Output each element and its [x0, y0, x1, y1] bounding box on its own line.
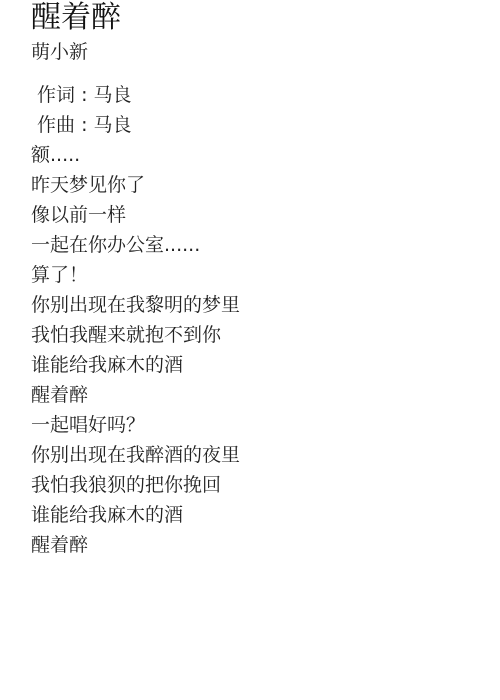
lyric-line: 额..... — [31, 140, 491, 170]
song-artist: 萌小新 — [31, 40, 491, 64]
credit-lyricist: 作词 : 马良 — [31, 80, 491, 110]
lyric-line: 谁能给我麻木的酒 — [31, 500, 491, 530]
lyric-line: 我怕我醒来就抱不到你 — [31, 320, 491, 350]
lyrics-page: 醒着醉 萌小新 作词 : 马良 作曲 : 马良 额..... 昨天梦见你了 像以… — [31, 0, 491, 560]
lyric-line: 算了！ — [31, 260, 491, 290]
lyric-line: 醒着醉 — [31, 380, 491, 410]
lyric-line: 昨天梦见你了 — [31, 170, 491, 200]
lyric-line: 谁能给我麻木的酒 — [31, 350, 491, 380]
lyric-line: 醒着醉 — [31, 530, 491, 560]
lyric-line: 你别出现在我黎明的梦里 — [31, 290, 491, 320]
song-title: 醒着醉 — [31, 0, 491, 36]
lyrics-body: 作词 : 马良 作曲 : 马良 额..... 昨天梦见你了 像以前一样 一起在你… — [31, 80, 491, 560]
lyric-line: 一起唱好吗？ — [31, 410, 491, 440]
credit-composer: 作曲 : 马良 — [31, 110, 491, 140]
lyric-line: 像以前一样 — [31, 200, 491, 230]
lyric-line: 你别出现在我醉酒的夜里 — [31, 440, 491, 470]
lyric-line: 我怕我狼狈的把你挽回 — [31, 470, 491, 500]
lyric-line: 一起在你办公室...... — [31, 230, 491, 260]
